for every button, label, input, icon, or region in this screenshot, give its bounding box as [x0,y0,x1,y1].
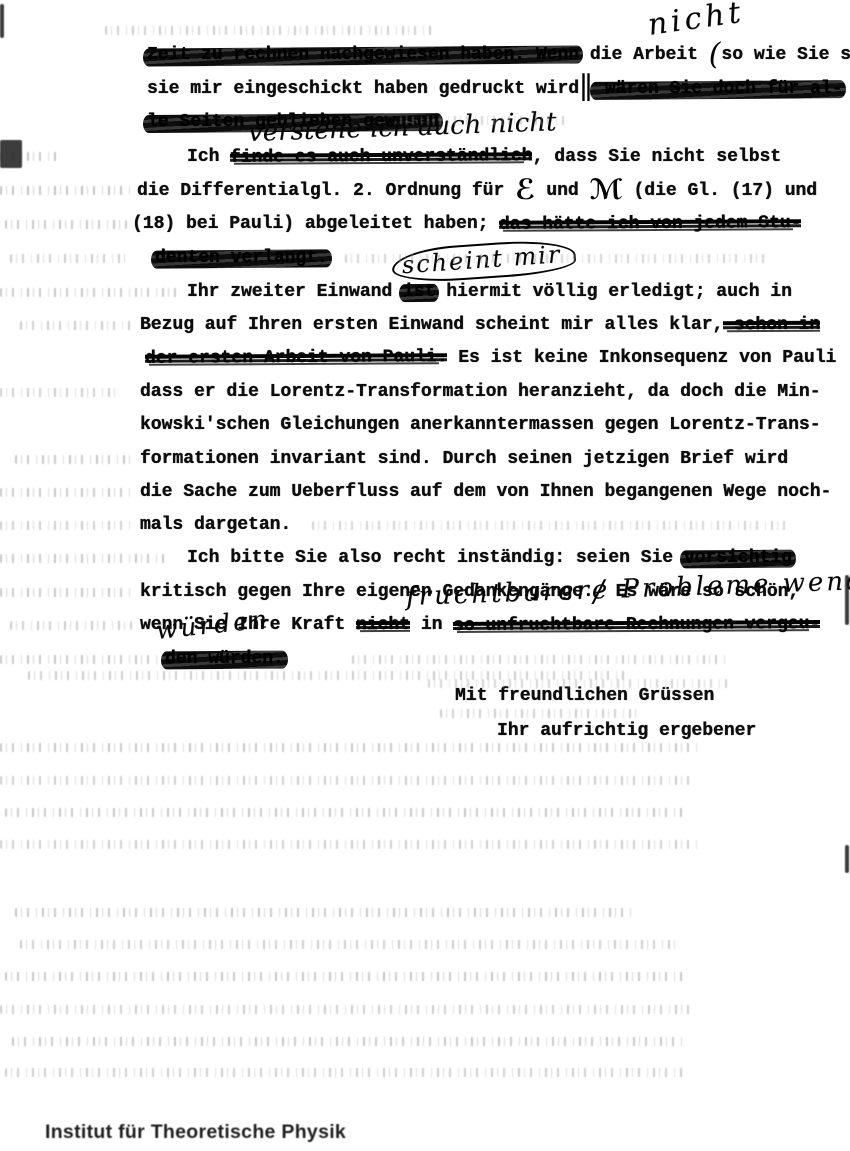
typed-line: die Sache zum Ueberfluss auf dem von Ihn… [140,481,831,503]
scribbled-out-text: denten verlangt. [155,247,328,269]
typed-text: die Arbeit [579,45,709,65]
bleedthrough-ghost-text-line [400,116,565,125]
stray-ink-mark [0,4,4,38]
letterhead-institute: Institut für Theoretische Physik [45,1121,346,1144]
typed-line: Ich finde es auch unverständlich, dass S… [187,146,781,168]
handwritten-script-symbol: ℰ [515,173,535,206]
stray-ink-mark [845,845,849,873]
bleedthrough-ghost-text-line [0,776,690,785]
bleedthrough-ghost-text-line [5,808,685,817]
typed-text: mals dargetan. [140,515,291,535]
typed-text: in [410,615,453,635]
handwritten-insertion-mark: ( [709,37,722,72]
scribbled-out-text: wären Sie doch für al- [594,78,842,100]
typed-text: Ich bitte Sie also recht inständig: seie… [187,548,684,568]
bleedthrough-ghost-text-line [440,709,640,718]
typed-line: der ersten Arbeit von Pauli. Es ist kein… [145,347,836,369]
typed-text: , dass Sie nicht selbst [533,147,781,167]
handwritten-annotation: fruchtbarere Probleme wenden [405,565,850,612]
typed-text: Ihr zweiter Einwand [187,282,403,302]
letter-page: Mit freundlichen Grüssen Ihr aufrichtig … [0,0,850,1151]
signature-sender: Ihr aufrichtig ergebener [497,720,756,742]
typed-line: Bezug auf Ihren ersten Einwand scheint m… [140,314,821,336]
bleedthrough-ghost-text-line [0,655,158,664]
typed-text: hiermit völlig erledigt; auch in [435,282,791,302]
typed-text: Ich [187,147,230,167]
bleedthrough-ghost-text-line [20,940,680,949]
bleedthrough-ghost-text-line [5,220,127,229]
bleedthrough-ghost-text-line [428,679,728,688]
bleedthrough-ghost-text-line [312,521,790,530]
bleedthrough-ghost-text-line [12,1037,684,1046]
scribbled-out-text: vorsichtig [684,547,792,569]
bleedthrough-ghost-text-line [105,26,435,35]
struck-through-text: nicht [356,614,410,636]
bleedthrough-ghost-text-line [352,655,730,664]
bleedthrough-ghost-text-line [5,972,685,981]
handwritten-script-symbol: ℳ [590,173,623,206]
bleedthrough-ghost-text-line [0,488,132,497]
typed-line: Ihr zweiter Einwand ist hiermit völlig e… [187,281,792,303]
scribbled-out-text: den würden. [165,648,284,670]
typed-line: formationen invariant sind. Durch seinen… [140,448,788,470]
typed-text: (18) bei Pauli) abgeleitet haben; [132,214,499,234]
typed-line: den würden. [165,648,284,670]
typed-text: (die Gl. (17) und [623,181,817,201]
typed-line: denten verlangt. [155,247,328,269]
bleedthrough-ghost-text-line [0,554,168,563]
typed-text: die Differentialgl. 2. Ordnung für [137,181,515,201]
bleedthrough-ghost-text-line [0,186,130,195]
bleedthrough-ghost-text-line [0,588,132,597]
typed-line: Ich bitte Sie also recht inständig: seie… [187,547,792,569]
typed-text: dass er die Lorentz-Transformation heran… [140,382,821,402]
bleedthrough-ghost-text-line [5,1068,685,1077]
typed-line: sie mir eingeschickt haben gedruckt wird… [147,78,842,100]
struck-through-text: der ersten Arbeit von Pauli. [145,346,448,370]
bleedthrough-ghost-text-line [0,288,178,297]
bleedthrough-ghost-text-line [10,621,132,630]
typed-line: (18) bei Pauli) abgeleitet haben; das hä… [132,213,802,235]
struck-through-text: finde es auch unverständlich [230,145,533,169]
typed-text: kowski'schen Gleichungen anerkanntermass… [140,415,821,435]
signature-closing: Mit freundlichen Grüssen [455,685,714,707]
typed-text: die Sache zum Ueberfluss auf dem von Ihn… [140,482,831,502]
bleedthrough-ghost-text-line [0,521,132,530]
bleedthrough-ghost-text-line [0,388,120,397]
scribbled-out-text: ist [403,281,435,303]
typed-text: sie mir eingeschickt haben gedruckt wird [147,79,579,99]
typed-text: und [536,181,590,201]
typed-text: so wie Sie s [721,45,850,65]
bleedthrough-ghost-text-line [15,455,133,464]
bleedthrough-ghost-text-line [0,840,700,849]
handwritten-annotation: würden [154,604,271,645]
typed-text: formationen invariant sind. Durch seinen… [140,449,788,469]
bleedthrough-ghost-text-line [0,743,700,752]
typed-text: Bezug auf Ihren ersten Einwand scheint m… [140,315,723,335]
bleedthrough-ghost-text-line [15,908,635,917]
bleedthrough-ghost-text-line [345,254,770,263]
handwritten-annotation: nicht [646,0,747,43]
typed-text: Es ist keine Inkonsequenz von Pauli [447,348,836,368]
stray-ink-mark [845,575,849,625]
struck-through-text: so unfruchtbare Rechnungen vergeu- [453,613,820,637]
typed-line: kowski'schen Gleichungen anerkanntermass… [140,414,821,436]
typed-line: dass er die Lorentz-Transformation heran… [140,381,821,403]
bleedthrough-ghost-text-line [10,254,130,263]
struck-through-text: schon in [723,314,820,337]
scribbled-out-text: Zeit zu rechnen nachgewiesen haben. Wenn [147,44,579,66]
bleedthrough-ghost-text-line [20,321,132,330]
stray-ink-mark [0,140,22,168]
typed-line: mals dargetan. [140,514,291,536]
typed-line: Zeit zu rechnen nachgewiesen haben. Wenn… [147,44,850,66]
typed-line: die Differentialgl. 2. Ordnung für ℰ und… [137,179,817,202]
bleedthrough-ghost-text-line [0,1005,690,1014]
struck-through-text: das hätte ich von jedem Stu- [499,212,802,236]
